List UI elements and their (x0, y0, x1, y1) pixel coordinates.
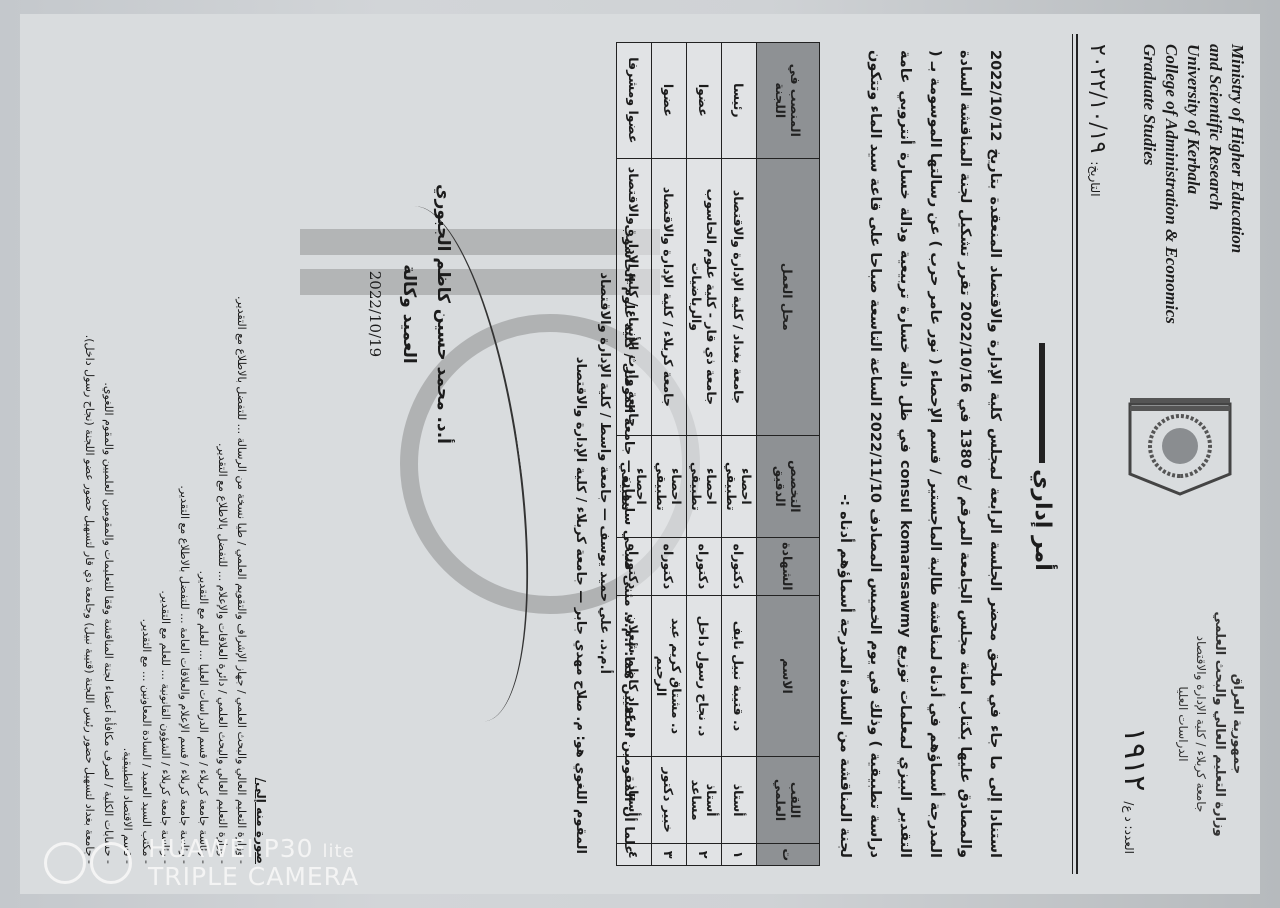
copy-recipient: - وزارة التعليم العالي والبحث العلمي / د… (213, 44, 232, 864)
evaluators-note: علما أن المقومين العلميين هما: أ.م.د. مث… (568, 224, 640, 854)
english-letterhead: Ministry of Higher Education and Scienti… (1138, 44, 1248, 364)
copy-recipient: - مكتب السيد العميد / السادة المعاونين .… (137, 44, 156, 864)
copy-recipient: - حسابات الكلية / لصرف مكافأة أعضاء لجنة… (99, 44, 118, 864)
table-row: ٢أستاذ مساعدد. نجاح رسول داخلدكتوراهاحصا… (687, 43, 722, 866)
letterhead-line: الدراسات العليا (1174, 594, 1192, 854)
camera-rings-icon (44, 842, 136, 884)
letterhead-line: جامعة كربلاء / كلية الإدارة والاقتصاد (1192, 594, 1210, 854)
header-divider (1072, 34, 1073, 874)
signatory-role: العميد وكالة (392, 144, 426, 484)
document-title: أمر إداري (1030, 14, 1055, 894)
table-row: ١أستاذد. قتيبة نبيل نايفدكتوراهاحصاء تطب… (722, 43, 757, 866)
table-header-row: ت اللقب العلمي الاسم الشهادة التخصص الدق… (757, 43, 820, 866)
copy-recipient: - وزارة التعليم العالي والبحث العلمي / ج… (232, 44, 251, 864)
letterhead-line: وزارة التعليم العالي والبحث العلمي (1210, 594, 1228, 854)
document-date: التاريخ:٢٠٢٢/١٠/١٩ (1085, 44, 1110, 197)
copy-recipient: - رئاسة جامعة كربلاء / قسم الإعلام والعل… (175, 44, 194, 864)
header-divider (1076, 34, 1078, 874)
university-logo-icon (1120, 394, 1240, 504)
signature-block: أ.د. محمد حسين كاظم الجبوري العميد وكالة… (358, 144, 460, 484)
signature-date: 2022/10/19 (358, 144, 392, 484)
committee-table: ت اللقب العلمي الاسم الشهادة التخصص الدق… (616, 42, 820, 866)
letterhead-line: جمهورية العراق (1228, 594, 1246, 854)
document-photo: جمهورية العراق وزارة التعليم العالي والب… (0, 0, 1280, 908)
table-row: ٣خبير دكتورد. مشتاق كريم عبد الرحيمدكتور… (652, 43, 687, 866)
document-page: جمهورية العراق وزارة التعليم العالي والب… (20, 14, 1260, 894)
order-body: استنادا إلى ما جاء في ملحق محضر الجلسة ا… (830, 50, 1010, 858)
signatory-name: أ.د. محمد حسين كاظم الجبوري (426, 144, 460, 484)
arabic-letterhead: جمهورية العراق وزارة التعليم العالي والب… (1174, 594, 1246, 854)
reference-number: العدد: د ع/١٩١٢ (1117, 727, 1152, 854)
camera-watermark: HUAWEI P30 lite TRIPLE CAMERA (44, 836, 359, 889)
copy-recipient: - رئاسة جامعة كربلاء / قسم الدراسات العل… (194, 44, 213, 864)
copy-recipient: - قسم الاقتصاد التطبيقية. (118, 44, 137, 864)
copy-recipient: - رئاسة جامعة كربلاء / الشؤون القانونية … (156, 44, 175, 864)
copy-recipient: - جامعة بغداد لتسهيل حضور رئيس اللجنة (ق… (80, 44, 99, 864)
copies-list: صورة منه إلى/ - وزارة التعليم العالي وال… (80, 44, 270, 864)
